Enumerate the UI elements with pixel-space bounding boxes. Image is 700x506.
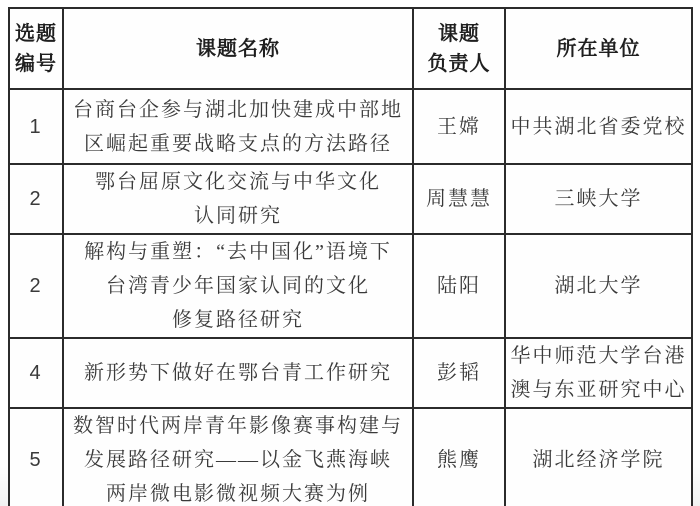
cell-topic-name: 鄂台屈原文化交流与中华文化 认同研究	[63, 164, 413, 234]
cell-topic-name: 新形势下做好在鄂台青工作研究	[63, 338, 413, 408]
col-header-unit: 所在单位	[505, 8, 692, 89]
table-row: 5 数智时代两岸青年影像赛事构建与 发展路径研究——以金飞燕海峡 两岸微电影微视…	[9, 408, 692, 506]
cell-unit: 中共湖北省委党校	[505, 89, 692, 164]
col-header-topic: 课题名称	[63, 8, 413, 89]
col-header-number: 选题 编号	[9, 8, 63, 89]
table-row: 1 台商台企参与湖北加快建成中部地 区崛起重要战略支点的方法路径 王嫦 中共湖北…	[9, 89, 692, 164]
cell-leader: 周慧慧	[413, 164, 505, 234]
col-header-leader: 课题 负责人	[413, 8, 505, 89]
cell-leader: 陆阳	[413, 234, 505, 338]
topics-table: 选题 编号 课题名称 课题 负责人 所在单位 1 台商台企参与湖北加快建成中部地…	[8, 7, 693, 506]
cell-number: 1	[9, 89, 63, 164]
document-page: 选题 编号 课题名称 课题 负责人 所在单位 1 台商台企参与湖北加快建成中部地…	[0, 0, 700, 506]
cell-unit: 三峡大学	[505, 164, 692, 234]
table-row: 2 鄂台屈原文化交流与中华文化 认同研究 周慧慧 三峡大学	[9, 164, 692, 234]
cell-unit: 湖北经济学院	[505, 408, 692, 506]
cell-number: 2	[9, 164, 63, 234]
cell-unit: 华中师范大学台港 澳与东亚研究中心	[505, 338, 692, 408]
cell-number: 2	[9, 234, 63, 338]
table-row: 4 新形势下做好在鄂台青工作研究 彭韬 华中师范大学台港 澳与东亚研究中心	[9, 338, 692, 408]
cell-unit: 湖北大学	[505, 234, 692, 338]
cell-topic-name: 台商台企参与湖北加快建成中部地 区崛起重要战略支点的方法路径	[63, 89, 413, 164]
cell-topic-name: 解构与重塑：“去中国化”语境下 台湾青少年国家认同的文化 修复路径研究	[63, 234, 413, 338]
cell-number: 5	[9, 408, 63, 506]
header-row: 选题 编号 课题名称 课题 负责人 所在单位	[9, 8, 692, 89]
table-row: 2 解构与重塑：“去中国化”语境下 台湾青少年国家认同的文化 修复路径研究 陆阳…	[9, 234, 692, 338]
cell-leader: 彭韬	[413, 338, 505, 408]
cell-topic-name: 数智时代两岸青年影像赛事构建与 发展路径研究——以金飞燕海峡 两岸微电影微视频大…	[63, 408, 413, 506]
table-body: 1 台商台企参与湖北加快建成中部地 区崛起重要战略支点的方法路径 王嫦 中共湖北…	[9, 89, 692, 506]
cell-number: 4	[9, 338, 63, 408]
cell-leader: 熊鹰	[413, 408, 505, 506]
cell-leader: 王嫦	[413, 89, 505, 164]
